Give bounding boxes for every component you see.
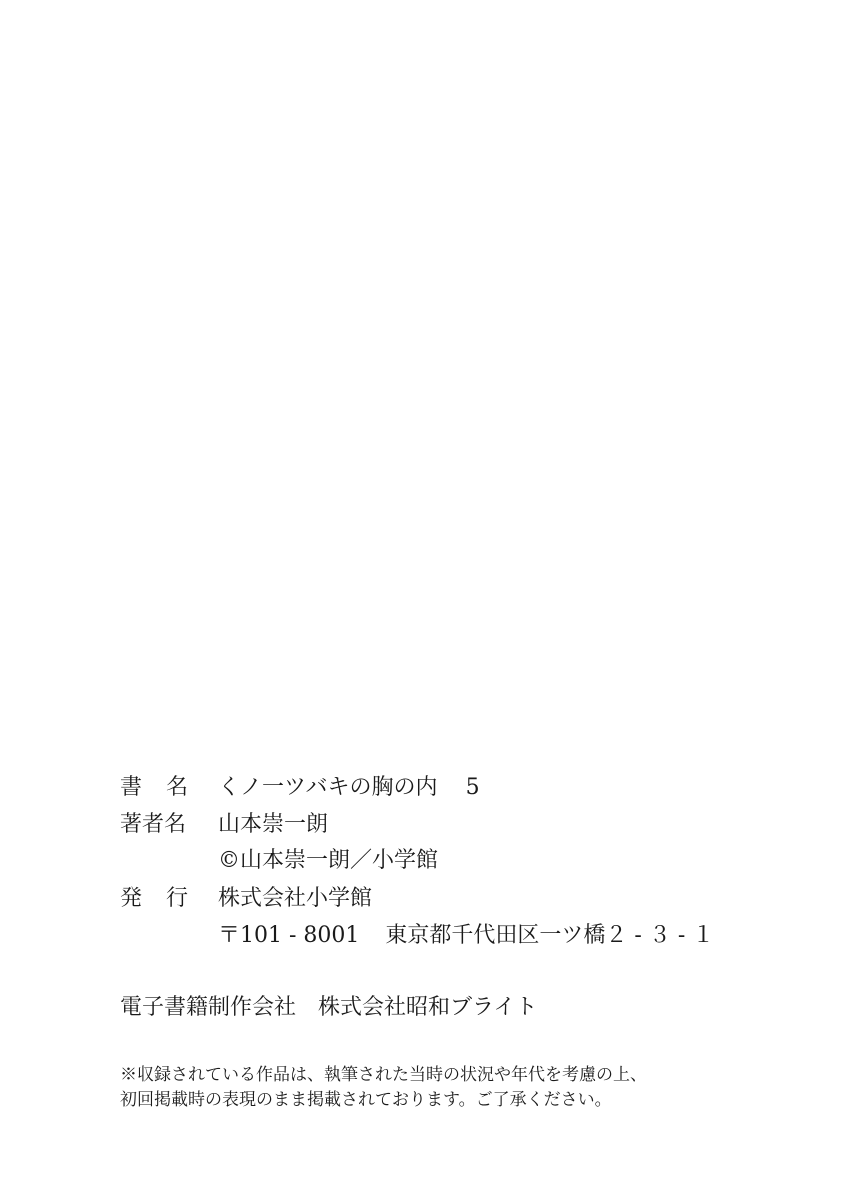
publisher-label-char: 行 [166,885,188,913]
ebook-producer: 電子書籍制作会社株式会社昭和ブライト [120,994,537,1022]
author-label: 著者名 [120,811,210,839]
book-title: くノ一ツバキの胸の内5 [218,774,480,802]
title-label-char: 書 [120,774,142,802]
notice-line: 初回掲載時の表現のまま掲載されております。ご了承ください。 [120,1088,647,1113]
address-text: 東京都千代田区一ツ橋２ - ３ - １ [385,923,714,948]
notice: ※収録されている作品は、執筆された当時の状況や年代を考慮の上、 初回掲載時の表現… [120,1063,647,1113]
producer-label: 電子書籍制作会社 [120,995,296,1020]
publisher-label: 発 行 [120,885,188,913]
notice-line: ※収録されている作品は、執筆された当時の状況や年代を考慮の上、 [120,1063,647,1088]
title-label: 書 名 [120,774,188,802]
postal-code: 〒101 - 8001 [218,923,359,948]
title-label-char: 名 [166,774,188,802]
volume-number: 5 [466,775,480,800]
copyright-text: ©山本崇一朗／小学館 [218,847,438,875]
producer-name: 株式会社昭和ブライト [318,995,537,1020]
author-name: 山本崇一朗 [218,811,328,839]
publisher-name: 株式会社小学館 [218,885,372,913]
publisher-label-char: 発 [120,885,142,913]
address: 〒101 - 8001東京都千代田区一ツ橋２ - ３ - １ [218,922,714,950]
book-title-text: くノ一ツバキの胸の内 [218,775,438,800]
